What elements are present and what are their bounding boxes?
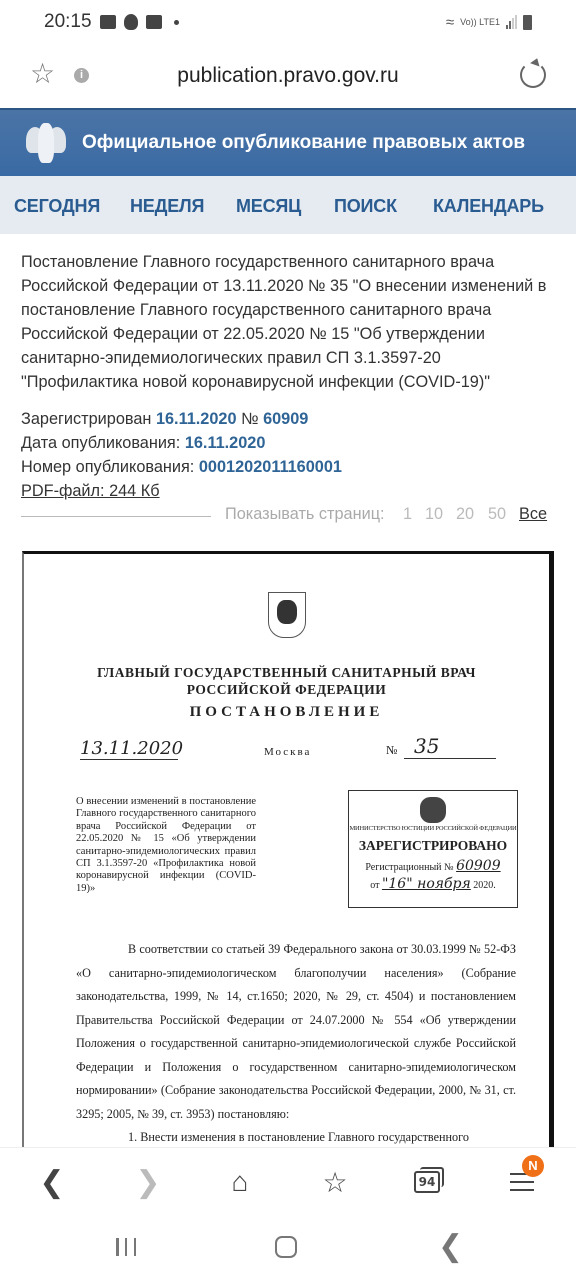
pages-option-all[interactable]: Все <box>519 505 547 524</box>
registration-number: 60909 <box>263 410 308 428</box>
nav-week[interactable]: НЕДЕЛЯ <box>130 196 204 217</box>
system-navigation-bar: ❮ <box>0 1215 576 1280</box>
publication-date: 16.11.2020 <box>185 434 266 452</box>
wifi-icon: ≈ <box>446 14 454 31</box>
site-header: Официальное опубликование правовых актов <box>0 108 576 176</box>
scan-number-label: № <box>386 743 397 758</box>
scan-subject: О внесении изменений в постановление Гла… <box>76 796 256 895</box>
chevron-left-icon: ❮ <box>39 1165 64 1200</box>
document-meta: Зарегистрирован 16.11.2020 № 60909 Дата … <box>21 407 342 503</box>
registration-stamp: МИНИСТЕРСТВО ЮСТИЦИИ РОССИЙСКОЙ ФЕДЕРАЦИ… <box>348 790 518 908</box>
battery-icon <box>523 15 532 30</box>
recent-apps-icon[interactable] <box>116 1238 136 1256</box>
scan-doc-type: ПОСТАНОВЛЕНИЕ <box>24 704 549 721</box>
nav-search[interactable]: ПОИСК <box>334 196 397 217</box>
divider <box>21 516 211 517</box>
pages-option-20[interactable]: 20 <box>456 505 474 524</box>
nav-calendar[interactable]: КАЛЕНДАРЬ <box>433 196 544 217</box>
more-notifications-icon <box>174 20 179 25</box>
status-bar: 20:15 ≈ Vo)) LTE1 <box>0 0 576 44</box>
scan-city: Москва <box>264 746 311 758</box>
forward-button[interactable]: ❯ <box>128 1162 168 1202</box>
browser-toolbar: ❮ ❯ ⌂ ☆ 94 <box>0 1147 576 1215</box>
main-nav: СЕГОДНЯ НЕДЕЛЯ МЕСЯЦ ПОИСК КАЛЕНДАРЬ <box>0 176 576 234</box>
pages-selector: Показывать страниц: 1 10 20 50 Все <box>21 505 551 527</box>
scan-date: 13.11.2020 <box>80 738 178 760</box>
url-field[interactable]: publication.pravo.gov.ru <box>0 64 576 88</box>
registration-date: 16.11.2020 <box>156 410 237 428</box>
tabs-button[interactable]: 94 <box>407 1162 447 1202</box>
pdf-download-link[interactable]: PDF-файл: 244 Кб <box>21 482 160 500</box>
system-indicators: ≈ Vo)) LTE1 <box>446 14 532 31</box>
network-label: Vo)) LTE1 <box>460 17 500 27</box>
document-scan-page: ГЛАВНЫЙ ГОСУДАРСТВЕННЫЙ САНИТАРНЫЙ ВРАЧ … <box>22 551 554 1171</box>
gallery-icon <box>100 15 116 29</box>
reload-icon[interactable] <box>520 62 546 88</box>
home-icon: ⌂ <box>232 1166 249 1198</box>
tabs-icon: 94 <box>414 1171 440 1193</box>
chevron-right-icon: ❯ <box>135 1165 160 1200</box>
address-bar: ☆ i publication.pravo.gov.ru <box>0 44 576 108</box>
flame-icon <box>124 14 138 30</box>
home-button[interactable]: ⌂ <box>220 1162 260 1202</box>
nav-month[interactable]: МЕСЯЦ <box>236 196 301 217</box>
pages-option-1[interactable]: 1 <box>403 505 412 524</box>
bookmarks-button[interactable]: ☆ <box>315 1162 355 1202</box>
registration-row: Зарегистрирован 16.11.2020 № 60909 <box>21 407 342 431</box>
scan-number: 35 <box>404 734 496 759</box>
menu-notification-badge: N <box>522 1155 544 1177</box>
pages-option-10[interactable]: 10 <box>425 505 443 524</box>
signal-icon <box>506 15 517 29</box>
coat-of-arms-icon <box>268 592 306 638</box>
bookmarks-star-icon: ☆ <box>322 1166 347 1199</box>
pages-option-50[interactable]: 50 <box>488 505 506 524</box>
home-circle-icon[interactable] <box>275 1236 297 1258</box>
app-icon <box>146 15 162 29</box>
pages-label: Показывать страниц: <box>225 505 385 524</box>
nav-today[interactable]: СЕГОДНЯ <box>14 196 100 217</box>
russia-emblem-icon[interactable] <box>24 119 68 167</box>
site-title[interactable]: Официальное опубликование правовых актов <box>82 132 525 154</box>
clock: 20:15 <box>44 11 92 33</box>
scan-heading: ГЛАВНЫЙ ГОСУДАРСТВЕННЫЙ САНИТАРНЫЙ ВРАЧ … <box>24 664 549 698</box>
stamp-emblem-icon <box>420 797 446 823</box>
publication-date-row: Дата опубликования: 16.11.2020 <box>21 431 342 455</box>
scan-body: В соответствии со статьей 39 Федеральног… <box>76 938 516 1150</box>
publication-number: 0001202011160001 <box>199 458 342 476</box>
publication-number-row: Номер опубликования: 0001202011160001 <box>21 455 342 479</box>
system-back-icon[interactable]: ❮ <box>438 1229 463 1264</box>
back-button[interactable]: ❮ <box>32 1162 72 1202</box>
document-title: Постановление Главного государственного … <box>21 250 561 394</box>
